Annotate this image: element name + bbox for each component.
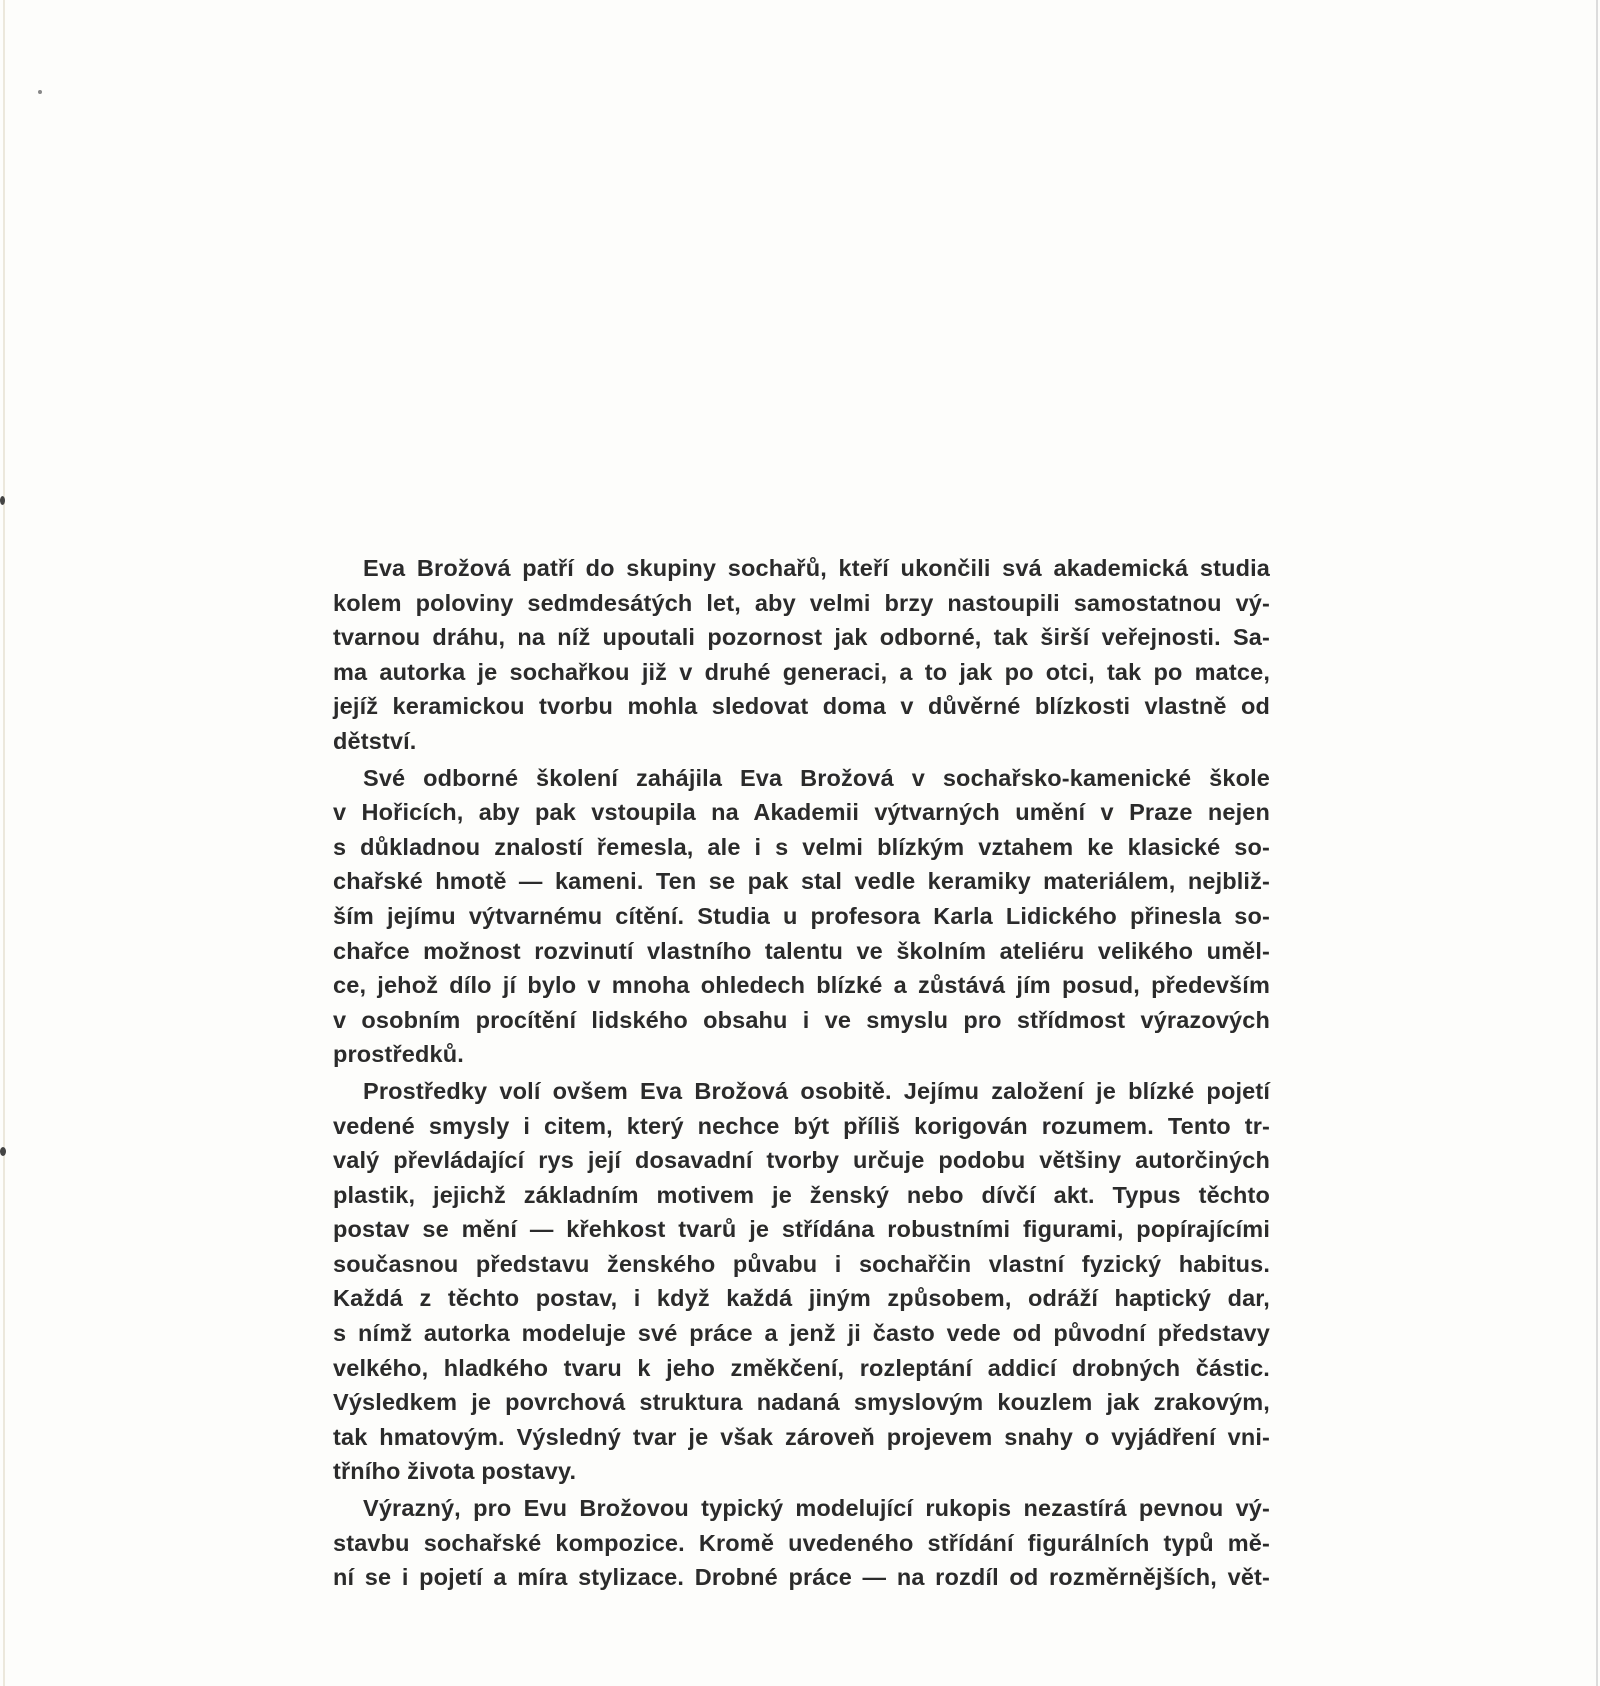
text-line: jejíž keramickou tvorbu mohla sledovat d…	[333, 689, 1270, 724]
text-line: postav se mění — křehkost tvarů je stříd…	[333, 1212, 1270, 1247]
text-line: prostředků.	[333, 1037, 1270, 1072]
text-line: chařské hmotě — kameni. Ten se pak stal …	[333, 864, 1270, 899]
text-line: kolem poloviny sedmdesátých let, aby vel…	[333, 586, 1270, 621]
scanned-page: Eva Brožová patří do skupiny sochařů, kt…	[0, 0, 1600, 1686]
page-edge-right	[1596, 0, 1598, 1686]
text-line: ším jejímu výtvarnému cítění. Studia u p…	[333, 899, 1270, 934]
body-text: Eva Brožová patří do skupiny sochařů, kt…	[333, 551, 1270, 1597]
binding-mark	[0, 496, 5, 505]
text-line: Výrazný, pro Evu Brožovou typický modelu…	[333, 1491, 1270, 1526]
paragraph-1: Eva Brožová patří do skupiny sochařů, kt…	[333, 551, 1270, 759]
paragraph-2: Své odborné školení zahájila Eva Brožová…	[333, 761, 1270, 1072]
text-line: ní se i pojetí a míra stylizace. Drobné …	[333, 1560, 1270, 1595]
text-line: plastik, jejichž základním motivem je že…	[333, 1178, 1270, 1213]
text-line: současnou představu ženského půvabu i so…	[333, 1247, 1270, 1282]
text-line: Své odborné školení zahájila Eva Brožová…	[333, 761, 1270, 796]
text-line: tvarnou dráhu, na níž upoutali pozornost…	[333, 620, 1270, 655]
binding-mark	[0, 1147, 6, 1156]
text-line: třního života postavy.	[333, 1454, 1270, 1489]
paragraph-4: Výrazný, pro Evu Brožovou typický modelu…	[333, 1491, 1270, 1595]
text-line: v osobním procítění lidského obsahu i ve…	[333, 1003, 1270, 1038]
text-line: velkého, hladkého tvaru k jeho změkčení,…	[333, 1351, 1270, 1386]
text-line: Výsledkem je povrchová struktura nadaná …	[333, 1385, 1270, 1420]
paragraph-3: Prostředky volí ovšem Eva Brožová osobit…	[333, 1074, 1270, 1489]
text-line: dětství.	[333, 724, 1270, 759]
text-line: stavbu sochařské kompozice. Kromě uveden…	[333, 1526, 1270, 1561]
text-line: vedené smysly i citem, který nechce být …	[333, 1109, 1270, 1144]
text-line: Prostředky volí ovšem Eva Brožová osobit…	[333, 1074, 1270, 1109]
text-line: v Hořicích, aby pak vstoupila na Akademi…	[333, 795, 1270, 830]
text-line: valý převládající rys její dosavadní tvo…	[333, 1143, 1270, 1178]
text-line: ce, jehož dílo jí bylo v mnoha ohledech …	[333, 968, 1270, 1003]
text-line: chařce možnost rozvinutí vlastního talen…	[333, 934, 1270, 969]
text-line: tak hmatovým. Výsledný tvar je však záro…	[333, 1420, 1270, 1455]
scan-speck	[38, 90, 42, 94]
text-line: Každá z těchto postav, i když každá jiný…	[333, 1281, 1270, 1316]
text-line: s důkladnou znalostí řemesla, ale i s ve…	[333, 830, 1270, 865]
text-line: s nímž autorka modeluje své práce a jenž…	[333, 1316, 1270, 1351]
text-line: Eva Brožová patří do skupiny sochařů, kt…	[333, 551, 1270, 586]
page-edge-left	[3, 0, 5, 1686]
text-line: ma autorka je sochařkou již v druhé gene…	[333, 655, 1270, 690]
